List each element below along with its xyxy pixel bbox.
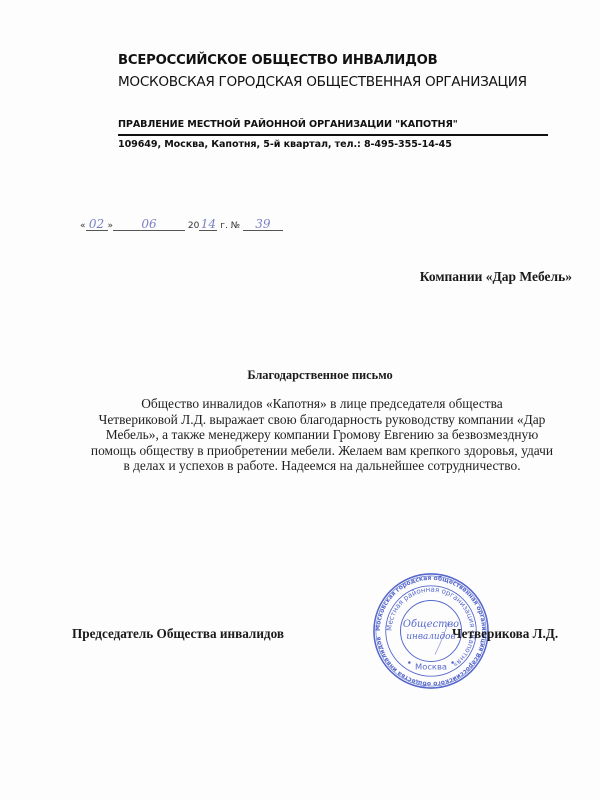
date-month: 06	[113, 218, 185, 231]
body-line: Общество инвалидов «Капотня» в лице пред…	[72, 396, 572, 412]
recipient: Компании «Дар Мебель»	[420, 269, 572, 285]
letterhead-divider	[118, 134, 548, 136]
body-line: помощь обществу в приобретении мебели. Ж…	[72, 443, 572, 459]
date-and-number: «02»06 2014 г. № 39	[80, 218, 283, 231]
svg-text:инвалидов: инвалидов	[406, 632, 455, 642]
org-subtitle: МОСКОВСКАЯ ГОРОДСКАЯ ОБЩЕСТВЕННАЯ ОРГАНИ…	[118, 74, 527, 90]
body-line: Четвериковой Л.Д. выражает свою благодар…	[72, 412, 572, 428]
board-name: ПРАВЛЕНИЕ МЕСТНОЙ РАЙОННОЙ ОРГАНИЗАЦИИ "…	[118, 119, 458, 130]
letter-title: Благодарственное письмо	[0, 368, 600, 383]
date-day: 02	[86, 218, 108, 231]
signatory-name: Четверикова Л.Д.	[452, 626, 558, 642]
body-line: в делах и успехов в работе. Надеемся на …	[72, 458, 572, 474]
org-name: ВСЕРОССИЙСКОЕ ОБЩЕСТВО ИНВАЛИДОВ	[118, 53, 438, 68]
signatory-role: Председатель Общества инвалидов	[72, 626, 284, 642]
letter-page: ВСЕРОССИЙСКОЕ ОБЩЕСТВО ИНВАЛИДОВ МОСКОВС…	[0, 0, 600, 800]
letter-body: Общество инвалидов «Капотня» в лице пред…	[72, 396, 572, 474]
number-label: г. №	[220, 221, 240, 231]
body-line: Мебель», а также менеджеру компании Гром…	[72, 427, 572, 443]
year-prefix: 20	[188, 221, 199, 231]
letter-number: 39	[243, 218, 283, 231]
org-address: 109649, Москва, Капотня, 5-й квартал, те…	[118, 139, 452, 150]
svg-text:Москва: Москва	[415, 661, 447, 671]
year-suffix: 14	[199, 218, 217, 231]
svg-text:Общество: Общество	[403, 619, 459, 630]
